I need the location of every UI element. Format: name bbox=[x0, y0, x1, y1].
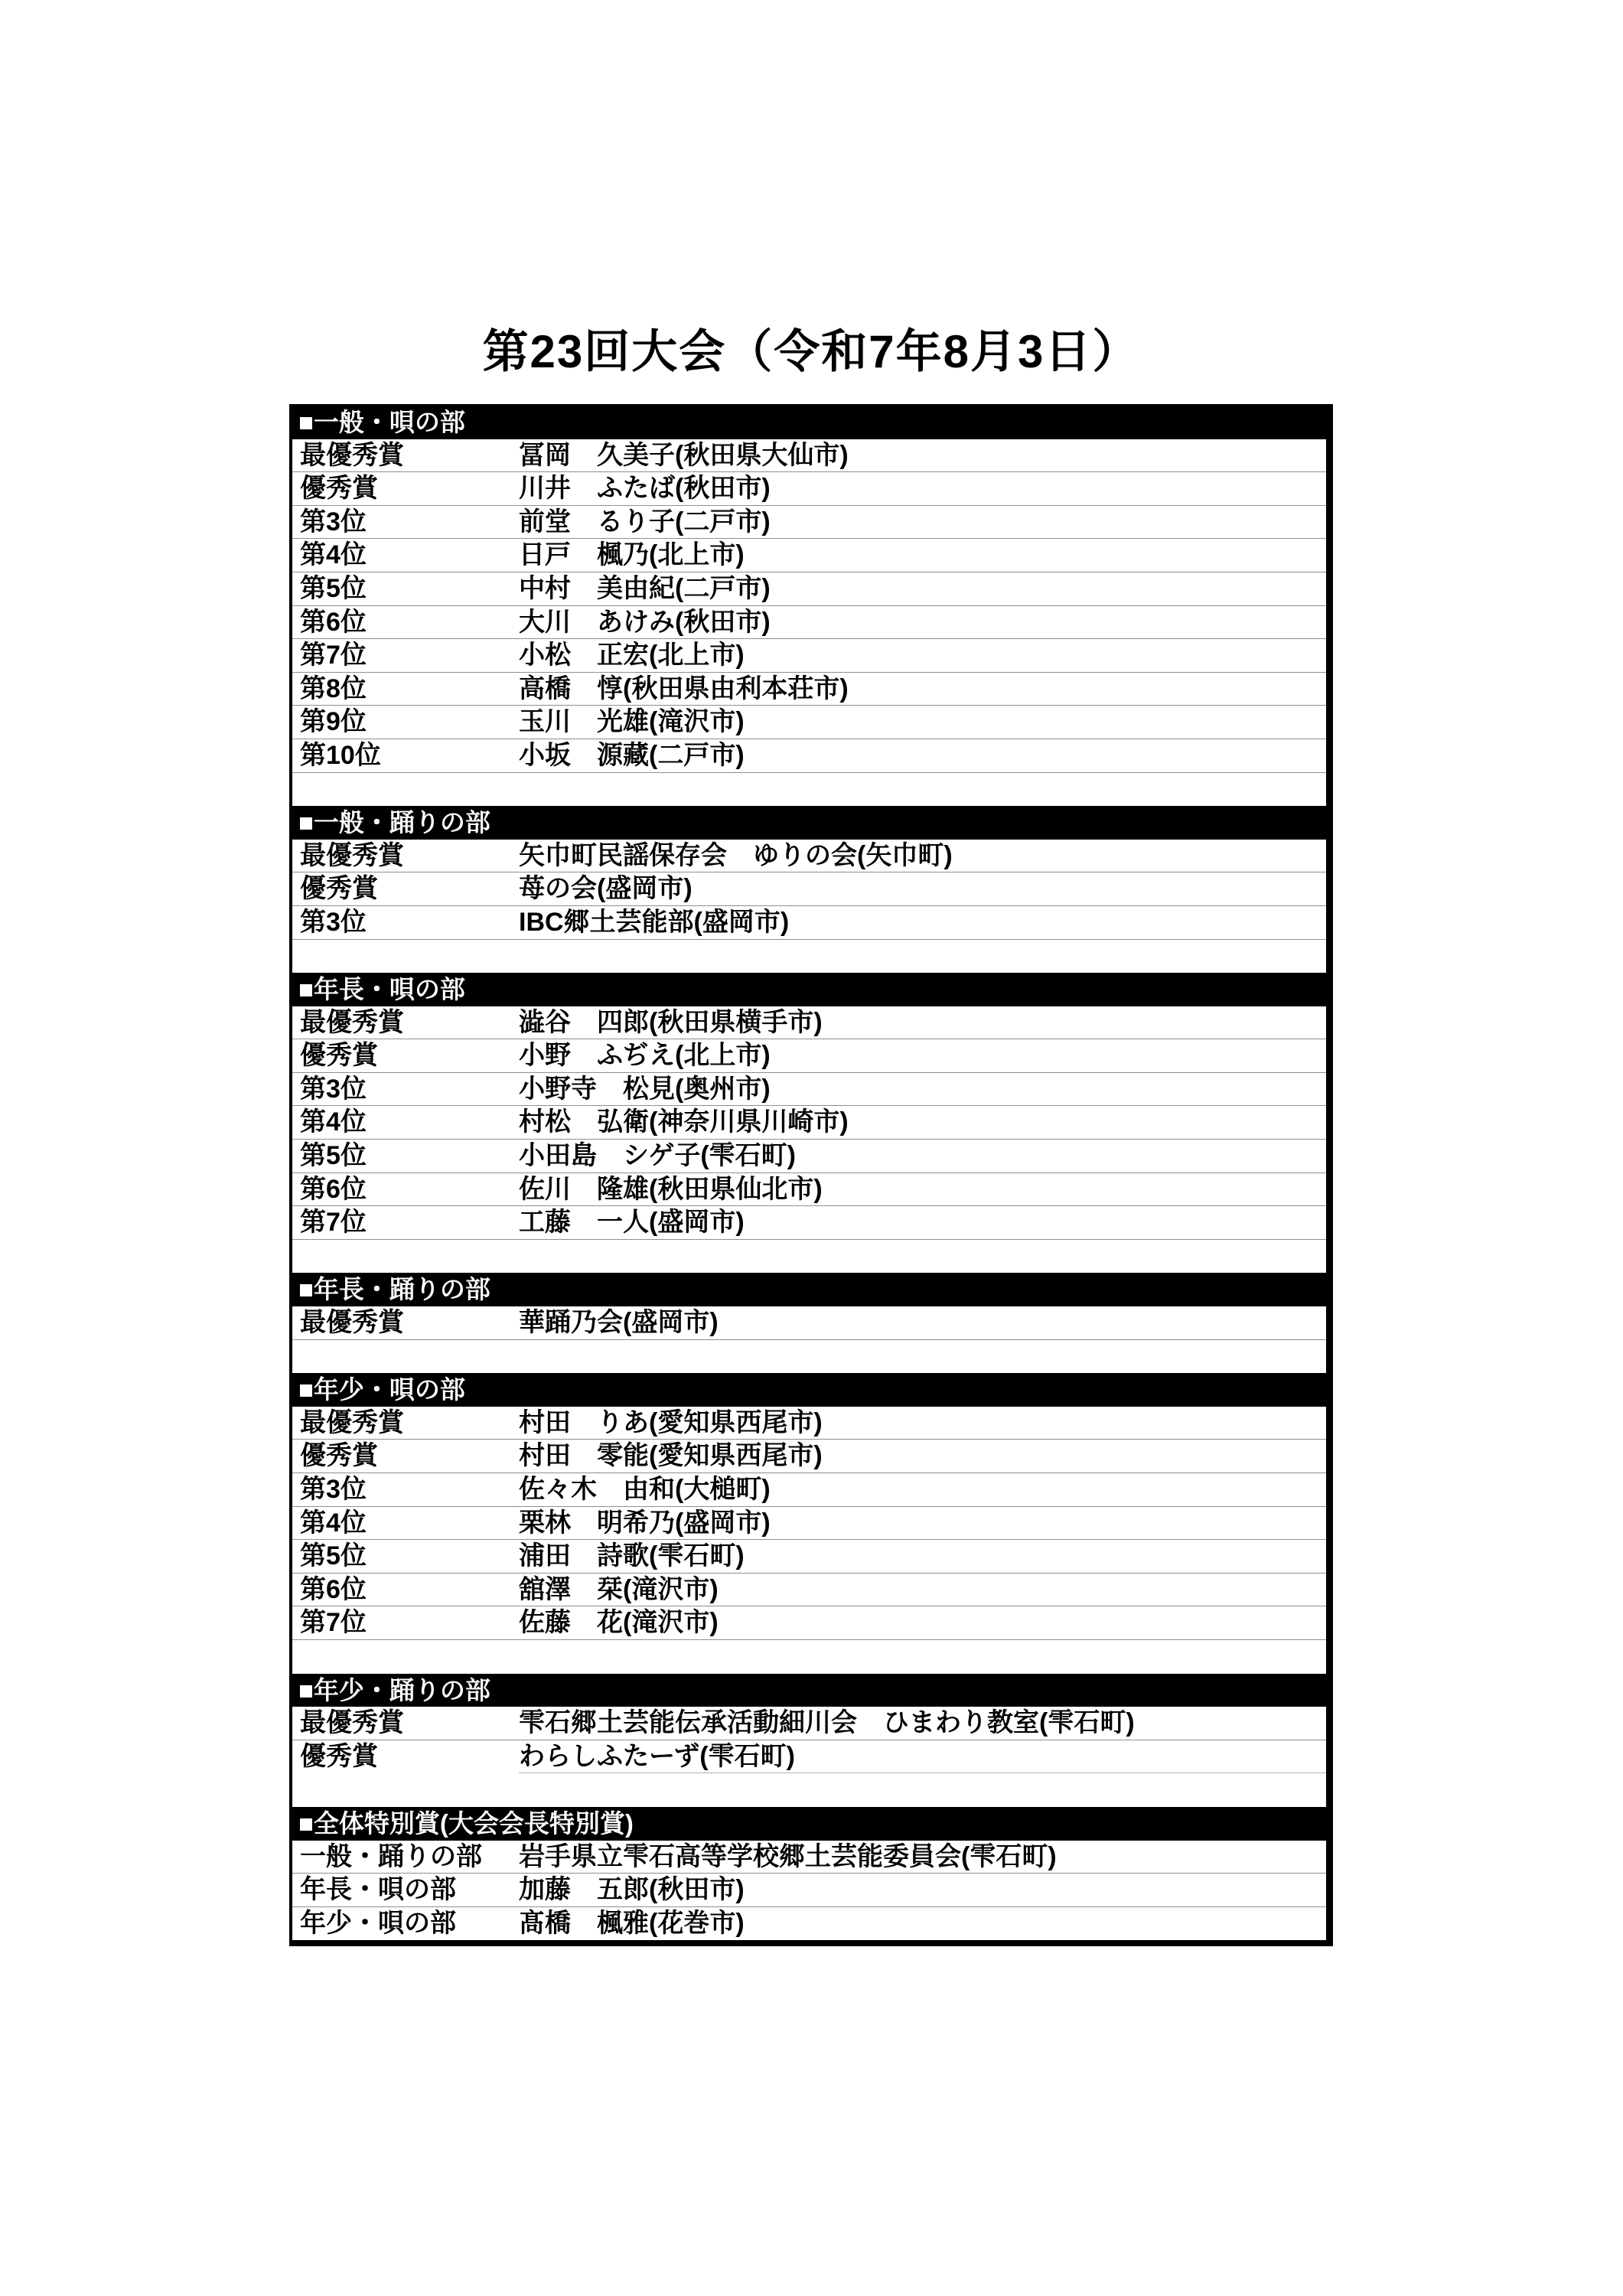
winner-cell: 髙橋 楓雅(花巻市) bbox=[519, 1907, 1326, 1941]
award-section: ■一般・踊りの部 最優秀賞 矢巾町民謡保存会 ゆりの会(矢巾町) 優秀賞 苺の会… bbox=[292, 806, 1326, 973]
rank-cell: 年少・唄の部 bbox=[292, 1907, 519, 1941]
rank-cell: 第3位 bbox=[292, 1073, 519, 1106]
award-section: ■年長・踊りの部 最優秀賞 華踊乃会(盛岡市) bbox=[292, 1273, 1326, 1373]
table-row: 最優秀賞 矢巾町民謡保存会 ゆりの会(矢巾町) bbox=[292, 840, 1326, 873]
section-gap bbox=[292, 940, 1326, 974]
winner-cell: 栗林 明希乃(盛岡市) bbox=[519, 1507, 1326, 1540]
rank-cell: 第4位 bbox=[292, 539, 519, 572]
winner-cell: 高橋 惇(秋田県由利本荘市) bbox=[519, 673, 1326, 706]
table-row: 最優秀賞 村田 りあ(愛知県西尾市) bbox=[292, 1407, 1326, 1440]
winner-cell: 村松 弘衛(神奈川県川崎市) bbox=[519, 1106, 1326, 1139]
table-row: 第3位 IBC郷土芸能部(盛岡市) bbox=[292, 906, 1326, 940]
award-section: ■年長・唄の部 最優秀賞 澁谷 四郎(秋田県横手市) 優秀賞 小野 ふぢえ(北上… bbox=[292, 973, 1326, 1273]
table-row: 第3位 小野寺 松見(奥州市) bbox=[292, 1073, 1326, 1107]
table-row: 年少・唄の部 髙橋 楓雅(花巻市) bbox=[292, 1907, 1326, 1941]
rank-cell: 年長・唄の部 bbox=[292, 1874, 519, 1906]
page-title: 第23回大会（令和7年8月3日） bbox=[289, 315, 1333, 381]
results-table: ■一般・唄の部 最優秀賞 冨岡 久美子(秋田県大仙市) 優秀賞 川井 ふたば(秋… bbox=[289, 404, 1333, 1946]
section-gap bbox=[292, 1240, 1326, 1274]
rank-cell: 第4位 bbox=[292, 1507, 519, 1540]
table-row: 第4位 村松 弘衛(神奈川県川崎市) bbox=[292, 1106, 1326, 1140]
winner-cell: 大川 あけみ(秋田市) bbox=[519, 606, 1326, 639]
winner-cell: 小坂 源藏(二戸市) bbox=[519, 739, 1326, 772]
section-header: ■一般・唄の部 bbox=[292, 406, 1326, 439]
winner-cell: 苺の会(盛岡市) bbox=[519, 872, 1326, 905]
section-rows: 一般・踊りの部 岩手県立雫石高等学校郷土芸能委員会(雫石町) 年長・唄の部 加藤… bbox=[292, 1841, 1326, 1941]
winner-cell: 小野寺 松見(奥州市) bbox=[519, 1073, 1326, 1106]
section-rows: 最優秀賞 村田 りあ(愛知県西尾市) 優秀賞 村田 零能(愛知県西尾市) 第3位… bbox=[292, 1407, 1326, 1640]
winner-cell: 川井 ふたば(秋田市) bbox=[519, 472, 1326, 505]
table-row: 第8位 高橋 惇(秋田県由利本荘市) bbox=[292, 673, 1326, 706]
winner-cell: 前堂 るり子(二戸市) bbox=[519, 506, 1326, 539]
rank-cell: 第6位 bbox=[292, 606, 519, 639]
rank-cell: 優秀賞 bbox=[292, 472, 519, 505]
winner-cell: 佐々木 由和(大槌町) bbox=[519, 1473, 1326, 1506]
table-row: 優秀賞 川井 ふたば(秋田市) bbox=[292, 472, 1326, 506]
winner-cell: 雫石郷土芸能伝承活動細川会 ひまわり教室(雫石町) bbox=[519, 1707, 1326, 1740]
award-section: ■年少・踊りの部 最優秀賞 雫石郷土芸能伝承活動細川会 ひまわり教室(雫石町) … bbox=[292, 1674, 1326, 1807]
table-row: 第7位 佐藤 花(滝沢市) bbox=[292, 1606, 1326, 1640]
winner-cell: 工藤 一人(盛岡市) bbox=[519, 1206, 1326, 1239]
winner-cell: 中村 美由紀(二戸市) bbox=[519, 572, 1326, 605]
rank-cell: 第6位 bbox=[292, 1574, 519, 1606]
winner-cell: 佐川 隆雄(秋田県仙北市) bbox=[519, 1173, 1326, 1206]
section-header: ■年長・唄の部 bbox=[292, 973, 1326, 1006]
section-rows: 最優秀賞 華踊乃会(盛岡市) bbox=[292, 1306, 1326, 1340]
section-gap bbox=[292, 1773, 1326, 1807]
table-row: 第5位 中村 美由紀(二戸市) bbox=[292, 572, 1326, 606]
winner-cell: 冨岡 久美子(秋田県大仙市) bbox=[519, 439, 1326, 472]
table-row: 第3位 前堂 るり子(二戸市) bbox=[292, 506, 1326, 540]
section-header: ■年少・唄の部 bbox=[292, 1373, 1326, 1407]
award-section: ■全体特別賞(大会会長特別賞) 一般・踊りの部 岩手県立雫石高等学校郷土芸能委員… bbox=[292, 1807, 1326, 1940]
rank-cell: 一般・踊りの部 bbox=[292, 1841, 519, 1874]
winner-cell: 加藤 五郎(秋田市) bbox=[519, 1874, 1326, 1906]
rank-cell: 第7位 bbox=[292, 639, 519, 672]
winner-cell: わらしふたーず(雫石町) bbox=[519, 1740, 1326, 1774]
rank-cell: 最優秀賞 bbox=[292, 439, 519, 472]
section-header: ■一般・踊りの部 bbox=[292, 806, 1326, 840]
section-header: ■全体特別賞(大会会長特別賞) bbox=[292, 1807, 1326, 1841]
award-section: ■一般・唄の部 最優秀賞 冨岡 久美子(秋田県大仙市) 優秀賞 川井 ふたば(秋… bbox=[292, 406, 1326, 806]
section-gap bbox=[292, 1640, 1326, 1674]
winner-cell: IBC郷土芸能部(盛岡市) bbox=[519, 906, 1326, 939]
table-row: 年長・唄の部 加藤 五郎(秋田市) bbox=[292, 1874, 1326, 1907]
table-row: 第6位 舘澤 栞(滝沢市) bbox=[292, 1574, 1326, 1607]
table-row: 最優秀賞 華踊乃会(盛岡市) bbox=[292, 1306, 1326, 1340]
section-rows: 最優秀賞 矢巾町民謡保存会 ゆりの会(矢巾町) 優秀賞 苺の会(盛岡市) 第3位… bbox=[292, 840, 1326, 940]
rank-cell: 優秀賞 bbox=[292, 1740, 519, 1774]
section-rows: 最優秀賞 冨岡 久美子(秋田県大仙市) 優秀賞 川井 ふたば(秋田市) 第3位 … bbox=[292, 439, 1326, 773]
winner-cell: 玉川 光雄(滝沢市) bbox=[519, 706, 1326, 739]
winner-cell: 日戸 楓乃(北上市) bbox=[519, 539, 1326, 572]
table-row: 第7位 小松 正宏(北上市) bbox=[292, 639, 1326, 673]
table-row: 最優秀賞 雫石郷土芸能伝承活動細川会 ひまわり教室(雫石町) bbox=[292, 1707, 1326, 1740]
winner-cell: 村田 零能(愛知県西尾市) bbox=[519, 1440, 1326, 1473]
rank-cell: 優秀賞 bbox=[292, 1440, 519, 1473]
table-row: 優秀賞 小野 ふぢえ(北上市) bbox=[292, 1039, 1326, 1073]
table-row: 第5位 浦田 詩歌(雫石町) bbox=[292, 1540, 1326, 1574]
section-gap bbox=[292, 1340, 1326, 1374]
table-row: 第3位 佐々木 由和(大槌町) bbox=[292, 1473, 1326, 1507]
winner-cell: 舘澤 栞(滝沢市) bbox=[519, 1574, 1326, 1606]
table-row: 優秀賞 苺の会(盛岡市) bbox=[292, 872, 1326, 906]
winner-cell: 小松 正宏(北上市) bbox=[519, 639, 1326, 672]
section-rows: 最優秀賞 澁谷 四郎(秋田県横手市) 優秀賞 小野 ふぢえ(北上市) 第3位 小… bbox=[292, 1006, 1326, 1240]
rank-cell: 第7位 bbox=[292, 1206, 519, 1239]
rank-cell: 最優秀賞 bbox=[292, 1407, 519, 1440]
winner-cell: 村田 りあ(愛知県西尾市) bbox=[519, 1407, 1326, 1440]
rank-cell: 最優秀賞 bbox=[292, 840, 519, 872]
table-row: 第5位 小田島 シゲ子(雫石町) bbox=[292, 1140, 1326, 1173]
rank-cell: 第7位 bbox=[292, 1606, 519, 1639]
table-row: 優秀賞 わらしふたーず(雫石町) bbox=[292, 1740, 1326, 1774]
table-row: 優秀賞 村田 零能(愛知県西尾市) bbox=[292, 1440, 1326, 1473]
table-row: 第6位 大川 あけみ(秋田市) bbox=[292, 606, 1326, 640]
rank-cell: 第5位 bbox=[292, 1140, 519, 1172]
rank-cell: 最優秀賞 bbox=[292, 1707, 519, 1740]
rank-cell: 第10位 bbox=[292, 739, 519, 772]
rank-cell: 第3位 bbox=[292, 1473, 519, 1506]
rank-cell: 第6位 bbox=[292, 1173, 519, 1206]
table-row: 最優秀賞 冨岡 久美子(秋田県大仙市) bbox=[292, 439, 1326, 473]
section-header: ■年長・踊りの部 bbox=[292, 1273, 1326, 1306]
rank-cell: 第5位 bbox=[292, 572, 519, 605]
rank-cell: 第9位 bbox=[292, 706, 519, 739]
rank-cell: 第8位 bbox=[292, 673, 519, 706]
winner-cell: 浦田 詩歌(雫石町) bbox=[519, 1540, 1326, 1573]
rank-cell: 最優秀賞 bbox=[292, 1306, 519, 1339]
section-header: ■年少・踊りの部 bbox=[292, 1674, 1326, 1707]
winner-cell: 佐藤 花(滝沢市) bbox=[519, 1606, 1326, 1639]
winner-cell: 小野 ふぢえ(北上市) bbox=[519, 1039, 1326, 1072]
rank-cell: 第5位 bbox=[292, 1540, 519, 1573]
winner-cell: 澁谷 四郎(秋田県横手市) bbox=[519, 1006, 1326, 1039]
rank-cell: 優秀賞 bbox=[292, 872, 519, 905]
table-row: 第10位 小坂 源藏(二戸市) bbox=[292, 739, 1326, 773]
winner-cell: 岩手県立雫石高等学校郷土芸能委員会(雫石町) bbox=[519, 1841, 1326, 1874]
rank-cell: 第3位 bbox=[292, 506, 519, 539]
rank-cell: 優秀賞 bbox=[292, 1039, 519, 1072]
table-row: 第6位 佐川 隆雄(秋田県仙北市) bbox=[292, 1173, 1326, 1207]
table-row: 一般・踊りの部 岩手県立雫石高等学校郷土芸能委員会(雫石町) bbox=[292, 1841, 1326, 1874]
table-row: 第4位 栗林 明希乃(盛岡市) bbox=[292, 1507, 1326, 1541]
award-section: ■年少・唄の部 最優秀賞 村田 りあ(愛知県西尾市) 優秀賞 村田 零能(愛知県… bbox=[292, 1373, 1326, 1673]
section-rows: 最優秀賞 雫石郷土芸能伝承活動細川会 ひまわり教室(雫石町) 優秀賞 わらしふた… bbox=[292, 1707, 1326, 1773]
table-row: 第9位 玉川 光雄(滝沢市) bbox=[292, 706, 1326, 739]
winner-cell: 小田島 シゲ子(雫石町) bbox=[519, 1140, 1326, 1172]
rank-cell: 第3位 bbox=[292, 906, 519, 939]
table-row: 最優秀賞 澁谷 四郎(秋田県横手市) bbox=[292, 1006, 1326, 1040]
table-row: 第4位 日戸 楓乃(北上市) bbox=[292, 539, 1326, 572]
table-row: 第7位 工藤 一人(盛岡市) bbox=[292, 1206, 1326, 1240]
winner-cell: 華踊乃会(盛岡市) bbox=[519, 1306, 1326, 1339]
rank-cell: 第4位 bbox=[292, 1106, 519, 1139]
section-gap bbox=[292, 773, 1326, 807]
winner-cell: 矢巾町民謡保存会 ゆりの会(矢巾町) bbox=[519, 840, 1326, 872]
rank-cell: 最優秀賞 bbox=[292, 1006, 519, 1039]
